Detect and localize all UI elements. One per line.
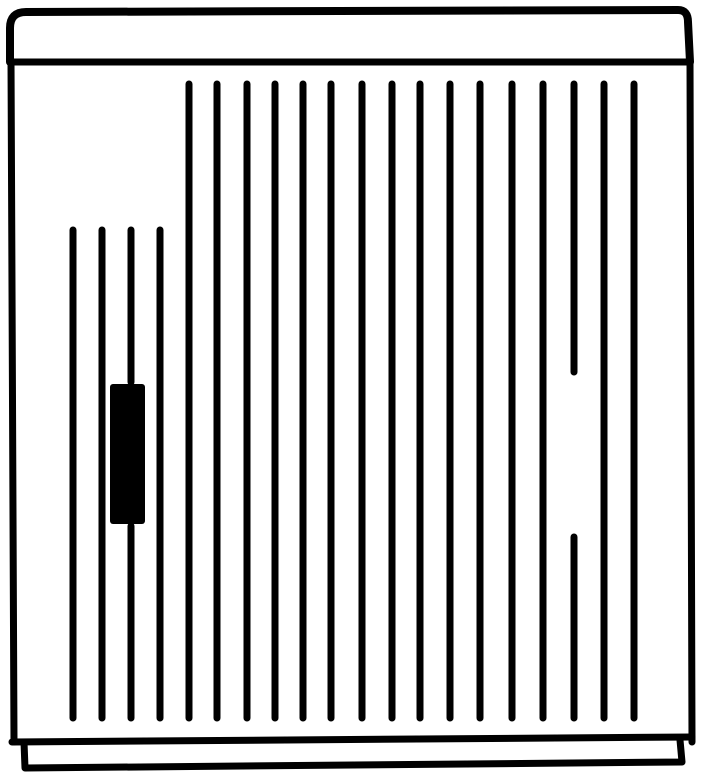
cabinet-left-side: [11, 60, 14, 742]
cabinet-svg: [0, 0, 709, 776]
door-handle-icon: [110, 384, 145, 524]
vent-slots: [73, 84, 634, 718]
cabinet-right-side: [690, 60, 692, 742]
cabinet-drawing: [0, 0, 709, 776]
cabinet-bottom-edge: [12, 737, 692, 742]
top-cap-icon: [10, 10, 690, 62]
